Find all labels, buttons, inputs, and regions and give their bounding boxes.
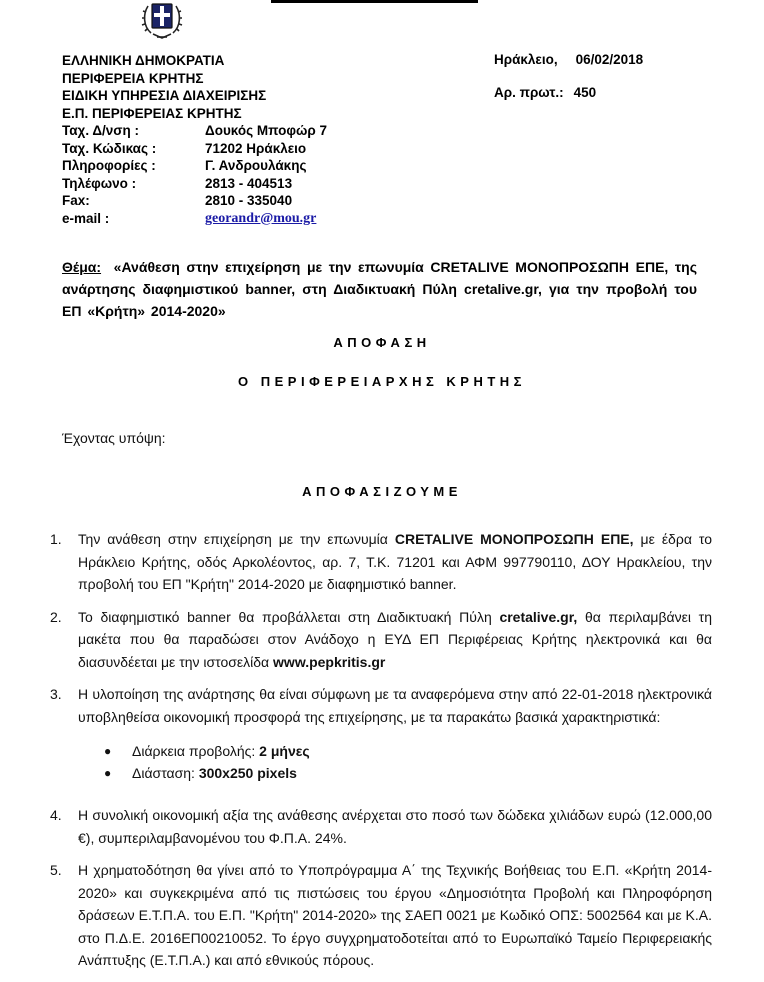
item-text: Το διαφημιστικό banner θα προβάλλεται στ… [78, 606, 712, 674]
governor-title: Ο ΠΕΡΙΦΕΡΕΙΑΡΧΗΣ ΚΡΗΤΗΣ [0, 374, 764, 389]
contact-row-postcode: Ταχ. Κώδικας : 71202 Ηράκλειο [62, 140, 327, 158]
text-run: Η υλοποίηση της ανάρτησης θα είναι σύμφω… [78, 686, 712, 725]
feature-value: 2 μήνες [259, 743, 310, 759]
bullet-icon: ● [104, 762, 132, 784]
decision-item: 5.Η χρηματοδότηση θα γίνει από το Υποπρό… [50, 859, 712, 972]
issuer-line: ΕΙΔΙΚΗ ΥΠΗΡΕΣΙΑ ΔΙΑΧΕΙΡΙΣΗΣ [62, 87, 266, 105]
decision-item: 4.Η συνολική οικονομική αξία της ανάθεση… [50, 804, 712, 849]
contact-value: Γ. Ανδρουλάκης [205, 157, 306, 175]
contact-label: Ταχ. Κώδικας : [62, 140, 205, 158]
contact-row-address: Ταχ. Δ/νση : Δουκός Μποφώρ 7 [62, 122, 327, 140]
text-run: Το διαφημιστικό banner θα προβάλλεται στ… [78, 609, 499, 625]
subject-text: «Ανάθεση στην επιχείρηση με την επωνυμία… [62, 259, 697, 319]
feature-item: ●Διάσταση: 300x250 pixels [104, 762, 712, 784]
contact-label: Πληροφορίες : [62, 157, 205, 175]
bullet-icon: ● [104, 740, 132, 762]
issuer-line: ΠΕΡΙΦΕΡΕΙΑ ΚΡΗΤΗΣ [62, 70, 266, 88]
issuer-line: Ε.Π. ΠΕΡΙΦΕΡΕΙΑΣ ΚΡΗΤΗΣ [62, 105, 266, 123]
contact-value: Δουκός Μποφώρ 7 [205, 122, 327, 140]
subject: Θέμα: «Ανάθεση στην επιχείρηση με την επ… [62, 256, 697, 322]
feature-label: Διάρκεια προβολής: [132, 743, 259, 759]
contact-row-email: e-mail : georandr@mou.gr [62, 210, 327, 228]
emphasis-text: www.pepkritis.gr [273, 654, 385, 670]
item-text: Η χρηματοδότηση θα γίνει από το Υποπρόγρ… [78, 859, 712, 972]
contact-value: 71202 Ηράκλειο [205, 140, 306, 158]
protocol-number: 450 [574, 85, 597, 100]
issuer-line: ΕΛΛΗΝΙΚΗ ΔΗΜΟΚΡΑΤΙΑ [62, 52, 266, 70]
decision-items: 1.Την ανάθεση στην επιχείρηση με την επω… [50, 528, 712, 982]
date-protocol-block: Ηράκλειο,06/02/2018 Αρ. πρωτ.:450 [494, 52, 643, 100]
protocol-row: Αρ. πρωτ.:450 [494, 85, 643, 100]
text-run: Η συνολική οικονομική αξία της ανάθεσης … [78, 807, 712, 846]
feature-item: ●Διάρκεια προβολής: 2 μήνες [104, 740, 712, 762]
contact-label: Τηλέφωνο : [62, 175, 205, 193]
place: Ηράκλειο, [494, 52, 558, 67]
item-number: 1. [50, 528, 78, 596]
emphasis-text: cretalive.gr, [499, 609, 577, 625]
document-date: 06/02/2018 [576, 52, 644, 67]
contact-label: e-mail : [62, 210, 205, 228]
email-link[interactable]: georandr@mou.gr [205, 210, 316, 228]
top-rule [271, 0, 478, 3]
contact-label: Fax: [62, 192, 205, 210]
item-text: Την ανάθεση στην επιχείρηση με την επωνυ… [78, 528, 712, 596]
feature-list: ●Διάρκεια προβολής: 2 μήνες●Διάσταση: 30… [78, 740, 712, 784]
text-run: Την ανάθεση στην επιχείρηση με την επωνυ… [78, 531, 395, 547]
contact-value: 2810 - 335040 [205, 192, 292, 210]
subject-label: Θέμα: [62, 259, 101, 275]
item-text: Η συνολική οικονομική αξία της ανάθεσης … [78, 804, 712, 849]
contact-row-fax: Fax: 2810 - 335040 [62, 192, 327, 210]
decision-item: 2.Το διαφημιστικό banner θα προβάλλεται … [50, 606, 712, 674]
item-text: Η υλοποίηση της ανάρτησης θα είναι σύμφω… [78, 683, 712, 794]
contact-row-phone: Τηλέφωνο : 2813 - 404513 [62, 175, 327, 193]
contact-row-info: Πληροφορίες : Γ. Ανδρουλάκης [62, 157, 327, 175]
decision-title: ΑΠΟΦΑΣΗ [0, 335, 764, 350]
item-number: 2. [50, 606, 78, 674]
item-number: 4. [50, 804, 78, 849]
item-number: 3. [50, 683, 78, 794]
considering-label: Έχοντας υπόψη: [62, 430, 166, 446]
contact-value: 2813 - 404513 [205, 175, 292, 193]
decision-item: 1.Την ανάθεση στην επιχείρηση με την επω… [50, 528, 712, 596]
feature-value: 300x250 pixels [199, 765, 297, 781]
decision-item: 3.Η υλοποίηση της ανάρτησης θα είναι σύμ… [50, 683, 712, 794]
item-number: 5. [50, 859, 78, 972]
contact-details: Ταχ. Δ/νση : Δουκός Μποφώρ 7 Ταχ. Κώδικα… [62, 122, 327, 227]
date-row: Ηράκλειο,06/02/2018 [494, 52, 643, 67]
contact-label: Ταχ. Δ/νση : [62, 122, 205, 140]
emphasis-text: CRETALIVE ΜΟΝΟΠΡΟΣΩΠΗ ΕΠΕ, [395, 531, 634, 547]
greek-coat-of-arms-icon [139, 0, 185, 40]
we-decide-title: ΑΠΟΦΑΣΙΖΟΥΜΕ [0, 484, 764, 499]
protocol-label: Αρ. πρωτ.: [494, 85, 564, 100]
issuer-header: ΕΛΛΗΝΙΚΗ ΔΗΜΟΚΡΑΤΙΑ ΠΕΡΙΦΕΡΕΙΑ ΚΡΗΤΗΣ ΕΙ… [62, 52, 266, 122]
feature-label: Διάσταση: [132, 765, 199, 781]
text-run: Η χρηματοδότηση θα γίνει από το Υποπρόγρ… [78, 862, 712, 968]
